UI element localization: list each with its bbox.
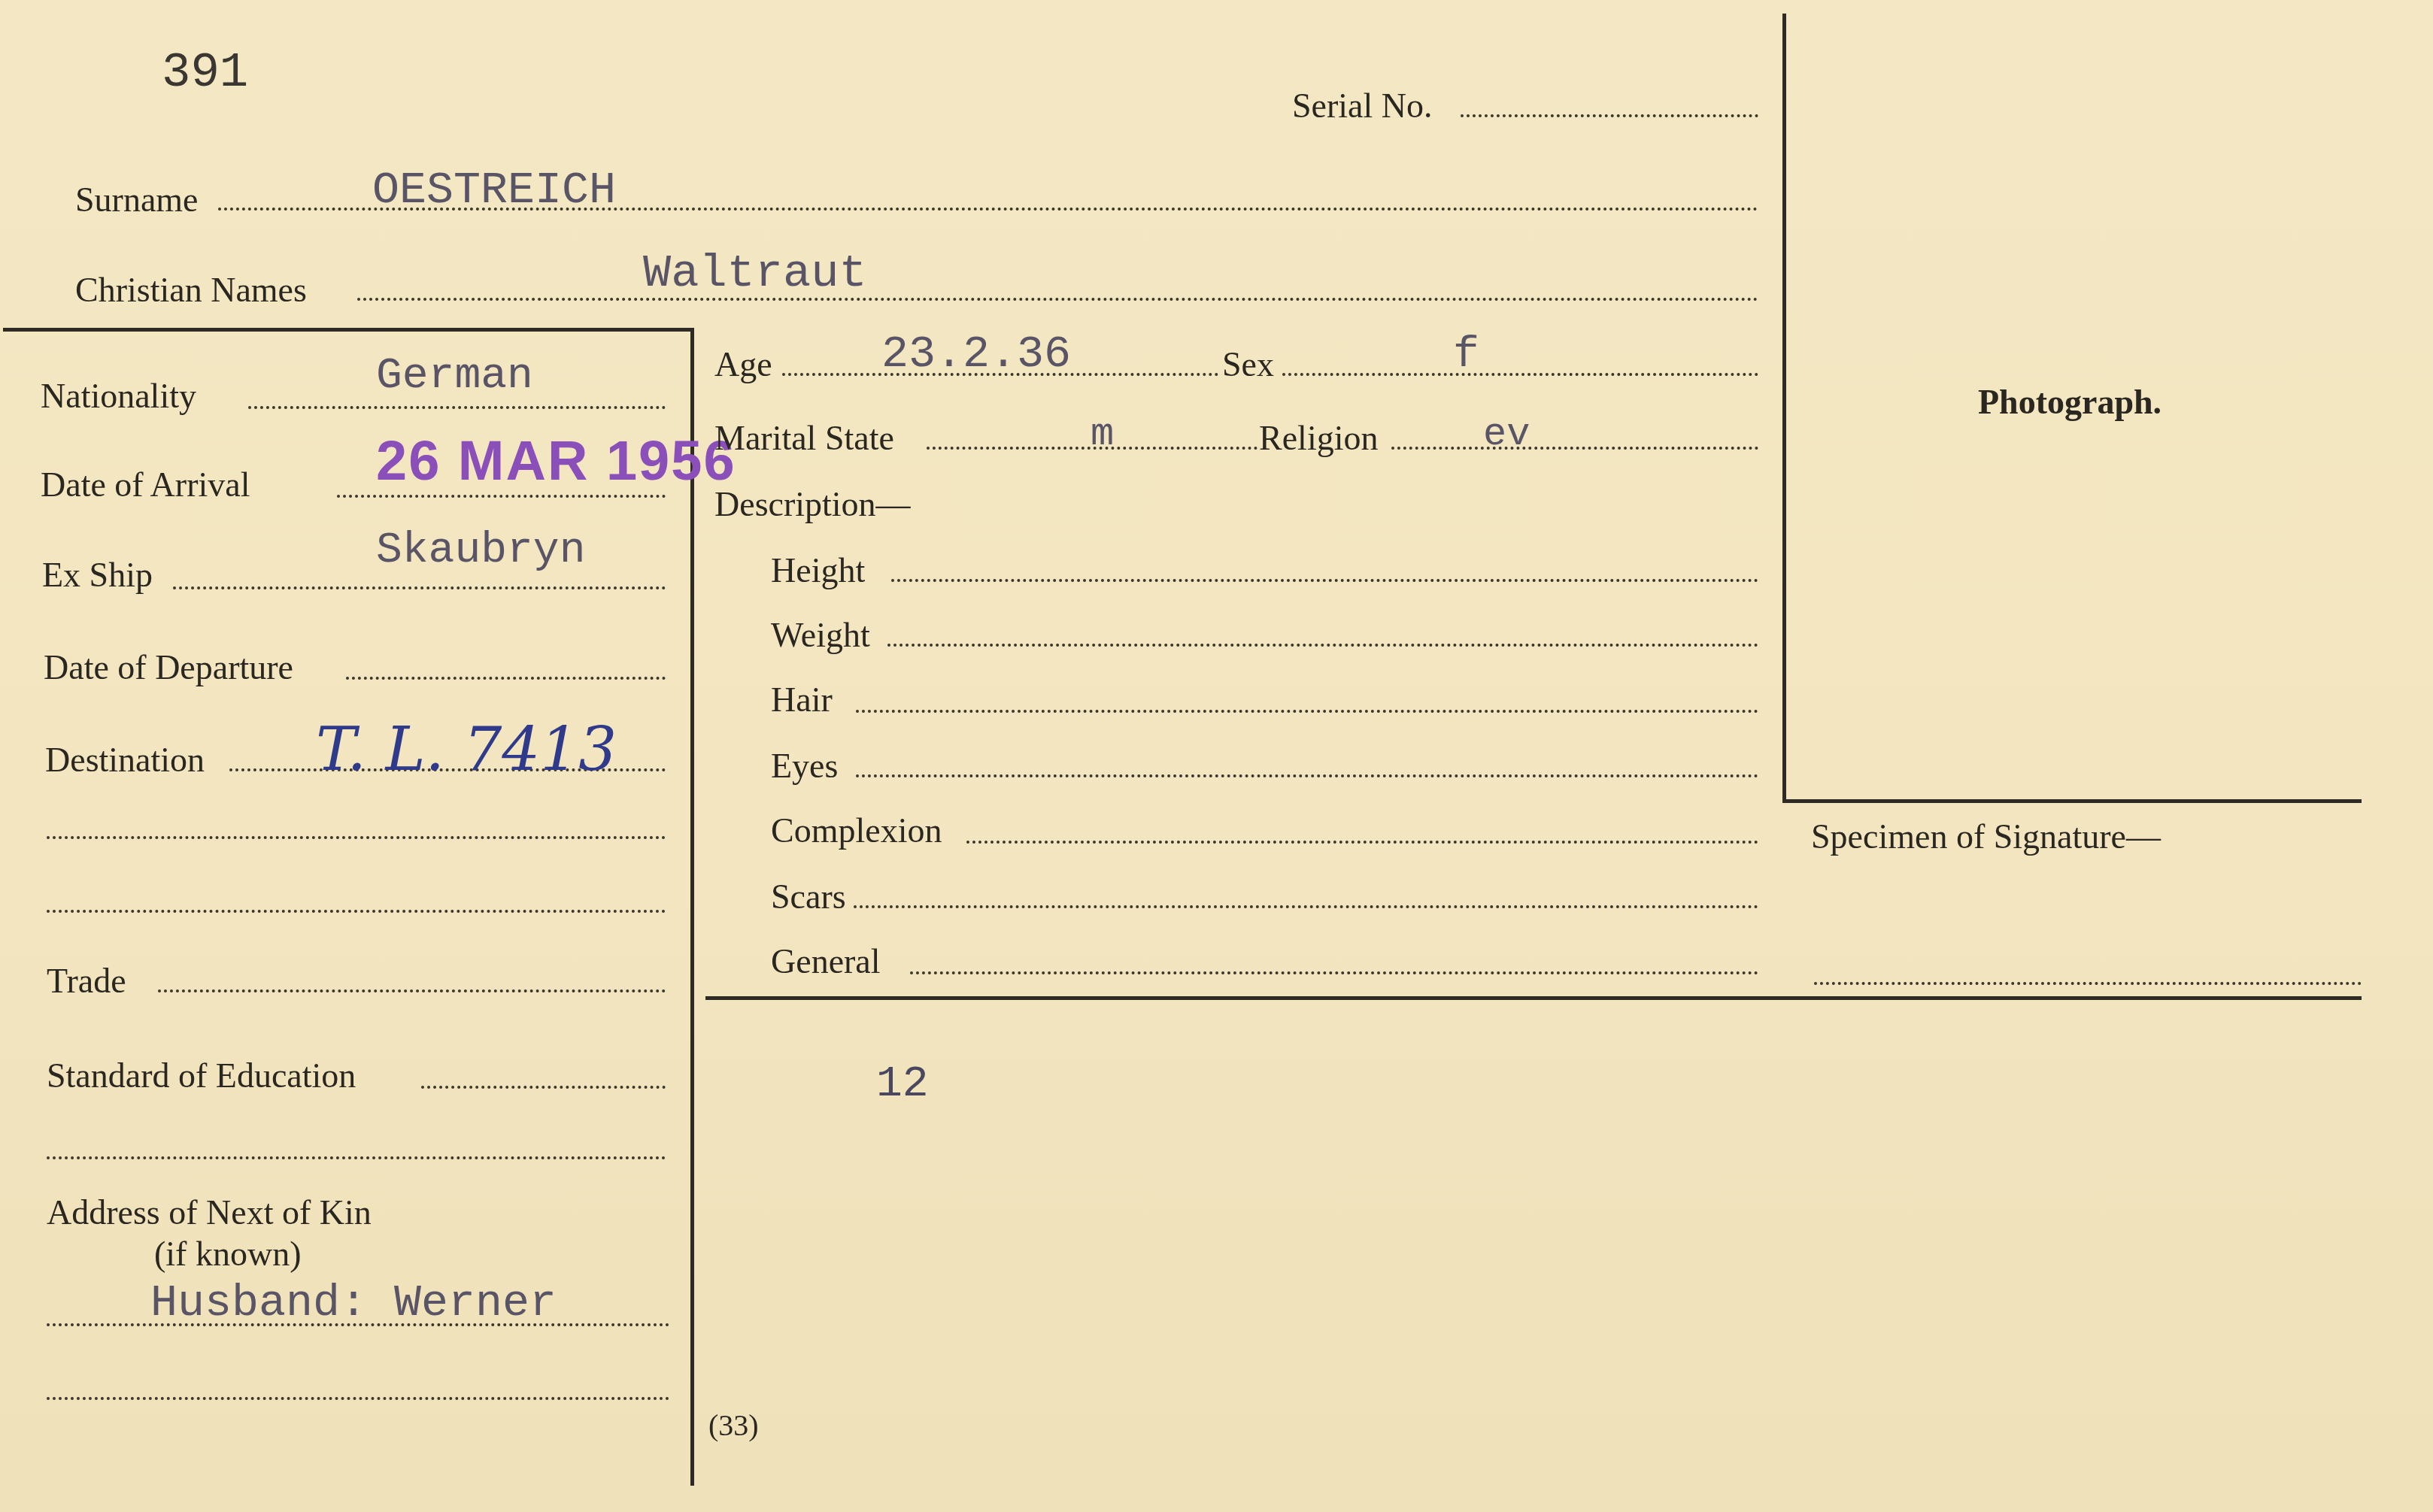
religion-field[interactable] bbox=[1391, 447, 1758, 450]
serial-no-label: Serial No. bbox=[1292, 89, 1433, 123]
general-field[interactable] bbox=[910, 971, 1758, 974]
next-of-kin-label: Address of Next of Kin bbox=[47, 1195, 372, 1230]
serial-no-field[interactable] bbox=[1461, 114, 1758, 117]
scars-label: Scars bbox=[771, 880, 846, 914]
destination-label: Destination bbox=[45, 743, 205, 777]
complexion-field[interactable] bbox=[966, 841, 1758, 844]
surname-label: Surname bbox=[75, 183, 199, 217]
description-label: Description— bbox=[714, 487, 911, 522]
photograph-label: Photograph. bbox=[1978, 385, 2161, 420]
education-continuation[interactable] bbox=[47, 1156, 666, 1159]
arrival-date-stamp: 26 MAR 1956 bbox=[376, 429, 736, 492]
hair-field[interactable] bbox=[856, 710, 1758, 713]
weight-field[interactable] bbox=[887, 644, 1758, 647]
christian-names-label: Christian Names bbox=[75, 273, 307, 308]
photo-box-left-rule bbox=[1782, 14, 1786, 803]
hair-label: Hair bbox=[771, 683, 833, 717]
nationality-field[interactable] bbox=[248, 406, 666, 409]
eyes-label: Eyes bbox=[771, 749, 838, 783]
marital-state-value: m bbox=[1091, 412, 1114, 456]
date-of-departure-label: Date of Departure bbox=[44, 650, 293, 685]
form-code: (33) bbox=[708, 1407, 759, 1443]
ex-ship-field[interactable] bbox=[173, 586, 666, 589]
height-label: Height bbox=[771, 553, 865, 588]
destination-continuation-1[interactable] bbox=[47, 836, 666, 839]
sex-label: Sex bbox=[1222, 347, 1274, 382]
date-of-arrival-field[interactable] bbox=[337, 495, 666, 498]
signature-field[interactable] bbox=[1814, 982, 2362, 985]
marital-state-label: Marital State bbox=[714, 421, 894, 456]
general-label: General bbox=[771, 944, 881, 979]
christian-names-value: Waltraut bbox=[643, 247, 867, 300]
trade-label: Trade bbox=[47, 964, 126, 998]
religion-value: ev bbox=[1483, 412, 1530, 456]
sex-value: f bbox=[1453, 331, 1479, 380]
destination-handwritten: T. L. 7413 bbox=[316, 714, 617, 784]
ex-ship-value: Skaubryn bbox=[376, 526, 585, 575]
ex-ship-label: Ex Ship bbox=[42, 558, 153, 592]
left-panel-divider bbox=[690, 328, 694, 1486]
religion-label: Religion bbox=[1259, 421, 1378, 456]
date-of-departure-field[interactable] bbox=[346, 677, 666, 680]
age-value: 23.2.36 bbox=[881, 329, 1071, 380]
surname-value: OESTREICH bbox=[372, 165, 616, 217]
next-of-kin-value: Husband: Werner bbox=[150, 1278, 557, 1329]
eyes-field[interactable] bbox=[856, 774, 1758, 777]
height-field[interactable] bbox=[891, 579, 1758, 582]
photo-box-bottom-rule bbox=[1782, 799, 2362, 803]
next-of-kin-sublabel: (if known) bbox=[154, 1237, 301, 1271]
left-panel-top-rule bbox=[3, 328, 693, 332]
card-number: 391 bbox=[162, 47, 248, 101]
age-label: Age bbox=[714, 347, 772, 382]
description-bottom-rule bbox=[705, 996, 2362, 1000]
registration-card: 391 Serial No. Surname OESTREICH Christi… bbox=[0, 0, 2433, 1512]
signature-label: Specimen of Signature— bbox=[1811, 820, 2161, 854]
next-of-kin-field[interactable] bbox=[47, 1323, 669, 1326]
education-label: Standard of Education bbox=[47, 1059, 356, 1093]
christian-names-field[interactable] bbox=[357, 298, 1758, 301]
note-number: 12 bbox=[876, 1060, 929, 1109]
date-of-arrival-label: Date of Arrival bbox=[41, 468, 250, 502]
scars-field[interactable] bbox=[854, 905, 1758, 908]
complexion-label: Complexion bbox=[771, 814, 942, 848]
destination-continuation-2[interactable] bbox=[47, 910, 666, 913]
sex-field[interactable] bbox=[1282, 373, 1758, 376]
weight-label: Weight bbox=[771, 618, 870, 653]
education-field[interactable] bbox=[421, 1086, 666, 1089]
next-of-kin-continuation[interactable] bbox=[47, 1397, 669, 1400]
nationality-label: Nationality bbox=[41, 379, 196, 414]
trade-field[interactable] bbox=[158, 989, 666, 992]
nationality-value: German bbox=[376, 352, 533, 401]
